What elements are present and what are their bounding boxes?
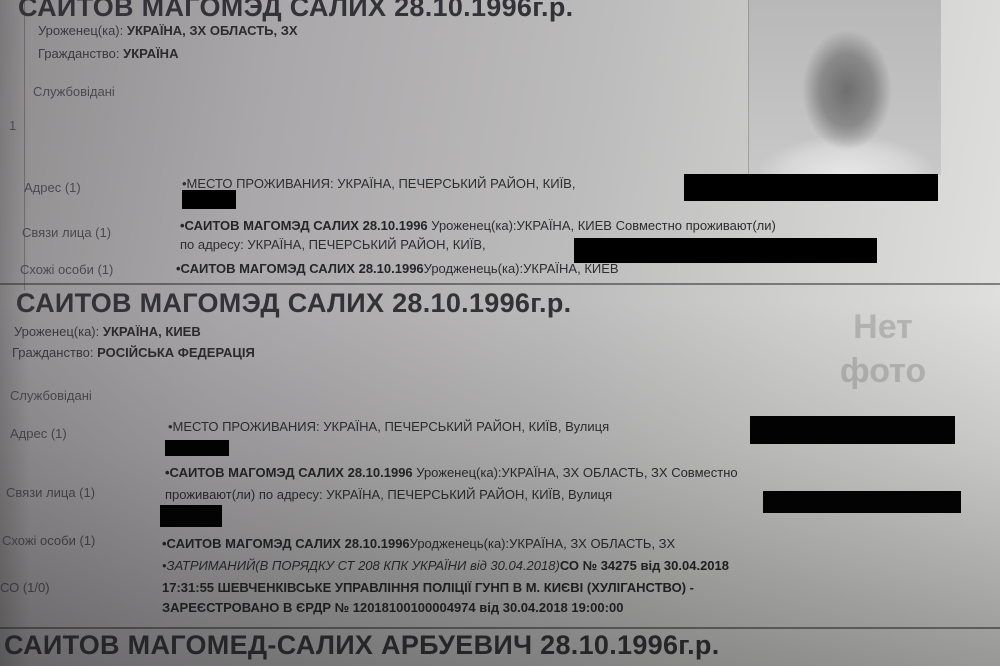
record-1-born: Уроженец(ка): УКРАЇНА, ЗХ ОБЛАСТЬ, ЗХ [38,23,298,38]
record-1-similar-label: Схожі особи (1) [20,262,113,277]
row-number-divider [24,0,25,290]
record-2-citizenship: Гражданство: РОСІЙСЬКА ФЕДЕРАЦІЯ [12,345,255,360]
record-1-citizenship-label: Гражданство: [38,46,120,61]
record-1-born-value: УКРАЇНА, ЗХ ОБЛАСТЬ, ЗХ [127,23,298,38]
record-divider [0,627,1000,629]
record-2-address-value: •МЕСТО ПРОЖИВАНИЯ: УКРАЇНА, ПЕЧЕРСЬКИЙ Р… [168,419,609,434]
record-2-citizenship-label: Гражданство: [12,345,94,360]
record-2-links-person: •САИТОВ МАГОМЭД САЛИХ 28.10.1996 [165,465,413,480]
record-1-born-label: Уроженец(ка): [38,23,123,38]
record-2-co-label: СО (1/0) [0,580,50,595]
person-photo [748,0,941,175]
record-2-address-label: Адрес (1) [10,426,67,441]
record-1-similar-person: •САИТОВ МАГОМЭД САЛИХ 28.10.1996 [176,261,424,276]
no-photo-text: Нет [818,305,948,349]
record-2-similar-person: •САИТОВ МАГОМЭД САЛИХ 28.10.1996 [162,536,410,551]
record-2-co-line3: ЗАРЕЄСТРОВАНО В ЄРДР № 12018100100004974… [162,600,623,615]
no-photo-placeholder: Нет фото [818,305,948,393]
record-1-address-label: Адрес (1) [24,180,81,195]
record-2-co-line1: •ЗАТРИМАНИЙ(В ПОРЯДКУ СТ 208 КПК УКРАЇНИ… [162,558,729,573]
record-2-co-registration: ЗАРЕЄСТРОВАНО В ЄРДР № 12018100100004974… [162,600,623,615]
record-2-name: САИТОВ МАГОМЭД САЛИХ 28.10.1996г.р. [16,288,571,319]
record-1-links-line1: •САИТОВ МАГОМЭД САЛИХ 28.10.1996 Урожене… [180,218,776,233]
record-2-similar-line: •САИТОВ МАГОМЭД САЛИХ 28.10.1996Уроджене… [162,536,675,551]
redaction-block [750,416,955,444]
no-photo-text: фото [818,349,948,393]
record-3-name: САИТОВ МАГОМЕД-САЛИХ АРБУЕВИЧ 28.10.1996… [4,630,720,661]
record-1-similar-details: Уродженець(ка):УКРАЇНА, КИЕВ [424,261,619,276]
record-2-citizenship-value: РОСІЙСЬКА ФЕДЕРАЦІЯ [97,345,255,360]
record-1-row-number: 1 [9,118,16,133]
record-1-citizenship-value: УКРАЇНА [123,46,178,61]
record-1-links-person: •САИТОВ МАГОМЭД САЛИХ 28.10.1996 [180,218,428,233]
record-1-address-value: •МЕСТО ПРОЖИВАНИЯ: УКРАЇНА, ПЕЧЕРСЬКИЙ Р… [182,176,575,191]
redaction-block [684,174,938,201]
record-1-links-details: Уроженец(ка):УКРАЇНА, КИЕВ Совместно про… [428,218,776,233]
record-2-links-details: Уроженец(ка):УКРАЇНА, ЗХ ОБЛАСТЬ, ЗХ Сов… [413,465,738,480]
redaction-block [182,190,236,209]
record-2-service-label: Службовідані [10,388,92,403]
record-2-co-detention: •ЗАТРИМАНИЙ(В ПОРЯДКУ СТ 208 КПК УКРАЇНИ… [162,558,560,573]
record-2-co-department: 17:31:55 ШЕВЧЕНКІВСЬКЕ УПРАВЛІННЯ ПОЛІЦІ… [162,580,694,595]
record-2-born: Уроженец(ка): УКРАЇНА, КИЕВ [14,324,201,339]
record-2-similar-label: Схожі особи (1) [2,533,95,548]
record-1-name: САИТОВ МАГОМЭД САЛИХ 28.10.1996г.р. [18,0,573,23]
record-2-links-line1: •САИТОВ МАГОМЭД САЛИХ 28.10.1996 Урожене… [165,465,738,480]
record-1-similar-line: •САИТОВ МАГОМЭД САЛИХ 28.10.1996Уроджене… [176,261,619,276]
record-2-born-value: УКРАЇНА, КИЕВ [103,324,201,339]
record-2-links-label: Связи лица (1) [6,485,95,500]
record-1-service-label: Службовідані [33,84,115,99]
redaction-block [763,491,961,513]
record-1-links-line2: по адресу: УКРАЇНА, ПЕЧЕРСЬКИЙ РАЙОН, КИ… [180,237,486,252]
record-2-links-line2: проживают(ли) по адресу: УКРАЇНА, ПЕЧЕРС… [165,487,612,502]
record-divider [0,283,1000,285]
redaction-block [160,505,222,527]
record-1-citizenship: Гражданство: УКРАЇНА [38,46,178,61]
record-1-links-label: Связи лица (1) [22,225,111,240]
redaction-block [165,440,229,456]
record-2-similar-details: Уродженець(ка):УКРАЇНА, ЗХ ОБЛАСТЬ, ЗХ [410,536,676,551]
record-2-co-line2: 17:31:55 ШЕВЧЕНКІВСЬКЕ УПРАВЛІННЯ ПОЛІЦІ… [162,580,694,595]
record-2-born-label: Уроженец(ка): [14,324,99,339]
record-2-co-number: СО № 34275 від 30.04.2018 [560,558,729,573]
redaction-block [574,238,877,263]
